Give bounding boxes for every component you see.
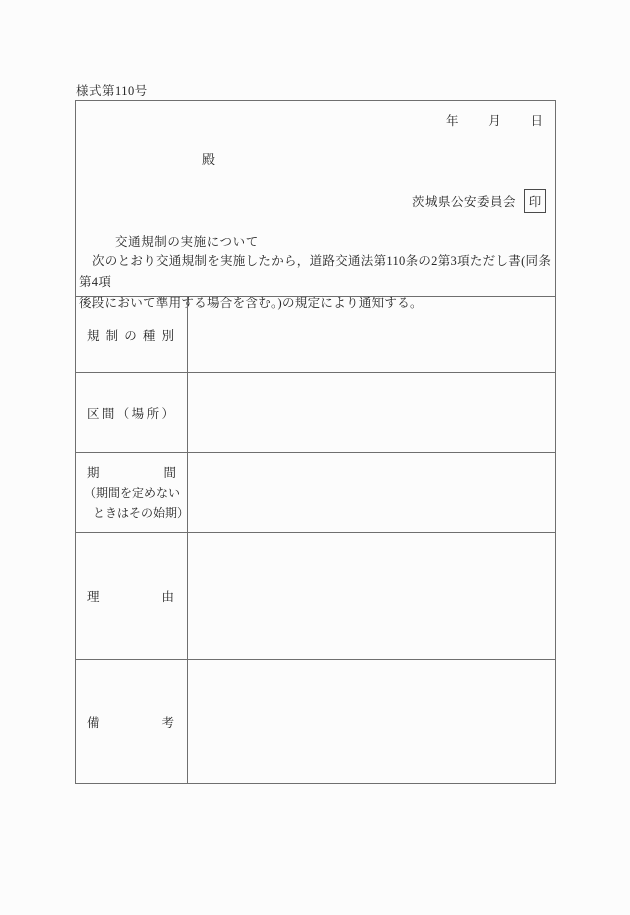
row-label-remarks: 備考: [76, 660, 188, 783]
body-line-1: 次のとおり交通規制を実施したから，道路交通法第110条の2第3項ただし書(同条第…: [79, 251, 553, 293]
regulation-table: 規制の種別 区間（場所） 期間 （期間を定めない ときはその始期） 理由 備考: [76, 296, 555, 783]
row-label-regulation-type: 規制の種別: [76, 297, 188, 373]
row-value-remarks: [188, 660, 555, 783]
seal-stamp: 印: [524, 189, 546, 213]
issuer-row: 茨城県公安委員会 印: [412, 189, 546, 213]
row-value-section-place: [188, 373, 555, 453]
row-value-reason: [188, 533, 555, 660]
row-value-period: [188, 453, 555, 533]
issuer-name: 茨城県公安委員会: [412, 192, 516, 210]
document-frame: 年月日 殿 茨城県公安委員会 印 交通規制の実施について 次のとおり交通規制を実…: [75, 100, 556, 784]
seal-label: 印: [529, 192, 542, 210]
row-label-reason: 理由: [76, 533, 188, 660]
date-line: 年月日: [446, 111, 543, 129]
row-label-period: 期間 （期間を定めない ときはその始期）: [76, 453, 188, 533]
document-page: 様式第110号 年月日 殿 茨城県公安委員会 印 交通規制の実施について 次のと…: [0, 0, 630, 915]
subject-title: 交通規制の実施について: [115, 232, 259, 250]
addressee-label: 殿: [202, 149, 215, 168]
period-note-line2: ときはその始期）: [93, 503, 181, 523]
period-note-line1: （期間を定めない: [84, 483, 181, 503]
row-label-section-place: 区間（場所）: [76, 373, 188, 453]
row-value-regulation-type: [188, 297, 555, 373]
period-main-label: 期間: [87, 463, 176, 483]
form-number: 様式第110号: [76, 81, 148, 99]
